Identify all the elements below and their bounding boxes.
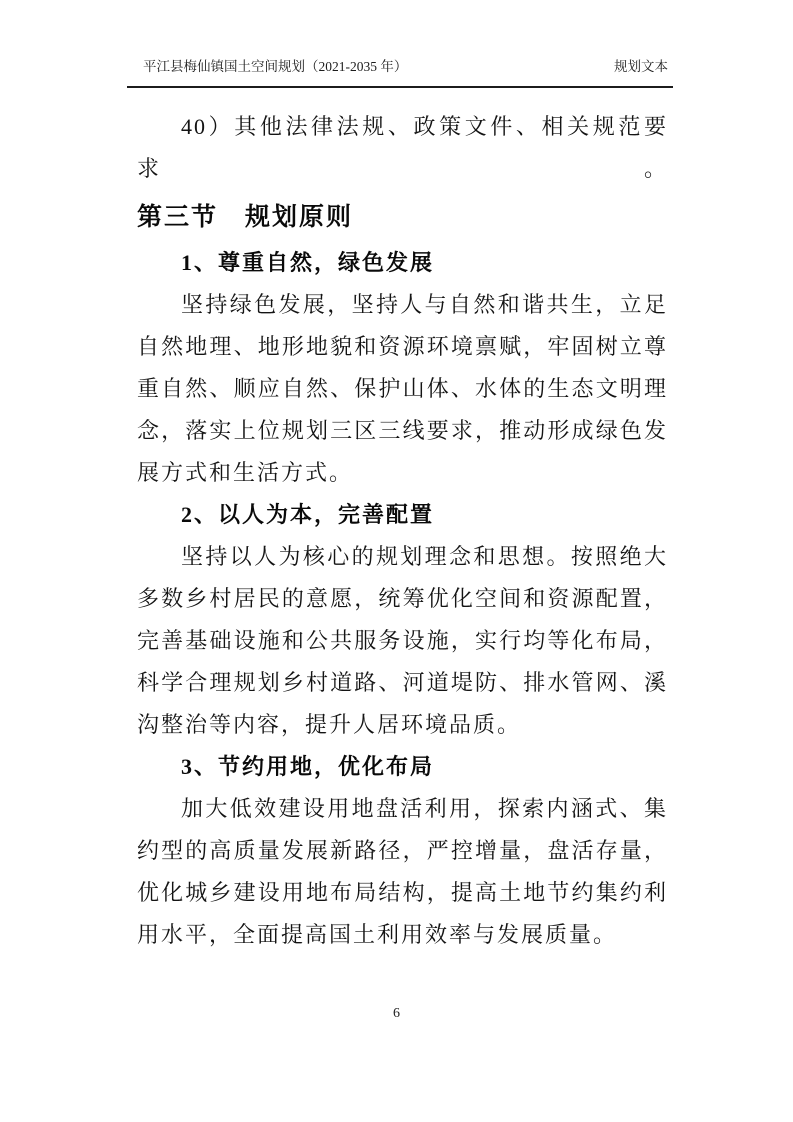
section-heading: 第三节 规划原则 [137,200,668,234]
subsection-body: 坚持绿色发展，坚持人与自然和谐共生，立足自然地理、地形地貌和资源环境禀赋，牢固树… [137,284,668,494]
subsection: 3、节约用地，优化布局 加大低效建设用地盘活利用，探索内涵式、集约型的高质量发展… [137,746,668,956]
subsection: 1、尊重自然，绿色发展 坚持绿色发展，坚持人与自然和谐共生，立足自然地理、地形地… [137,242,668,494]
header-doc-type: 规划文本 [614,58,668,76]
document-page: 平江县梅仙镇国土空间规划（2021-2035 年） 规划文本 40）其他法律法规… [0,0,793,1122]
subsection-heading: 3、节约用地，优化布局 [137,746,668,788]
header-doc-title: 平江县梅仙镇国土空间规划（2021-2035 年） [143,58,407,76]
page-header: 平江县梅仙镇国土空间规划（2021-2035 年） 规划文本 [127,58,673,88]
document-body: 40）其他法律法规、政策文件、相关规范要求。 第三节 规划原则 1、尊重自然，绿… [137,106,668,956]
subsection-body: 坚持以人为核心的规划理念和思想。按照绝大多数乡村居民的意愿，统筹优化空间和资源配… [137,536,668,746]
intro-paragraph: 40）其他法律法规、政策文件、相关规范要求。 [137,106,668,190]
subsection: 2、以人为本，完善配置 坚持以人为核心的规划理念和思想。按照绝大多数乡村居民的意… [137,494,668,746]
subsection-heading: 2、以人为本，完善配置 [137,494,668,536]
page-content: 平江县梅仙镇国土空间规划（2021-2035 年） 规划文本 40）其他法律法规… [127,58,673,956]
subsection-heading: 1、尊重自然，绿色发展 [137,242,668,284]
page-number: 6 [0,1006,793,1022]
subsection-body: 加大低效建设用地盘活利用，探索内涵式、集约型的高质量发展新路径，严控增量，盘活存… [137,788,668,956]
